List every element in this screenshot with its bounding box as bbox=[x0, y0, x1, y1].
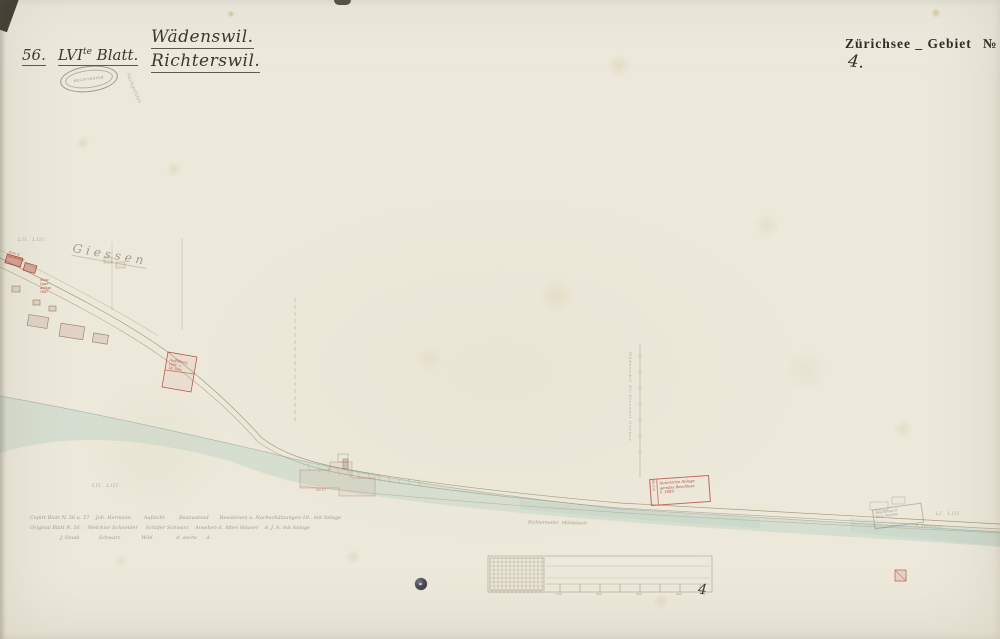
sheet-number: 56. bbox=[22, 46, 46, 66]
legend-line-2: Original Blatt N. 56 : Melchior Schneide… bbox=[30, 525, 310, 531]
series-title: Zürichsee _ Gebiet № 4. bbox=[845, 33, 1000, 72]
scale-bar bbox=[488, 556, 712, 593]
sheet-word: Blatt. bbox=[92, 46, 138, 64]
numero-sign: № bbox=[983, 36, 997, 51]
round-seal-icon bbox=[415, 578, 427, 590]
red-box-note: Autorisirte Anlage gemäss Beschluss v. 1… bbox=[657, 477, 696, 505]
sheet-ref-top-left: LII. LIII. bbox=[18, 238, 47, 243]
scale-tick-300: 300 bbox=[636, 592, 642, 596]
left-edge-shadow bbox=[0, 0, 6, 639]
sheet-roman: LVI bbox=[58, 46, 83, 64]
red-note-b-line4: 1887 bbox=[40, 291, 51, 295]
series-title-text: Zürichsee _ Gebiet bbox=[845, 36, 972, 51]
scale-tick-100: 100 bbox=[556, 592, 562, 596]
red-authorization-box: No 214 Autorisirte Anlage gemäss Beschlu… bbox=[649, 475, 711, 506]
red-note-b: Neue Quai- Anlage 1887 bbox=[40, 279, 51, 294]
scale-tick-400: 400 bbox=[676, 592, 682, 596]
scale-tick-200: 200 bbox=[596, 592, 602, 596]
archive-stamp-text: Registratur bbox=[64, 67, 114, 91]
municipality-richterswil: Richterswil. bbox=[151, 51, 260, 73]
sheet-ref-bottom-left: LII. LIII. bbox=[92, 484, 121, 489]
legend-line-3: J. Staub Schwarz Wild d. sechs d. bbox=[60, 535, 211, 541]
seal-highlight bbox=[419, 583, 422, 585]
municipality-waedenswil: Wädenswil. bbox=[151, 27, 254, 49]
map-linework bbox=[0, 0, 1000, 639]
handwritten-page-number: 4 bbox=[697, 582, 707, 599]
sheet-suffix: te bbox=[83, 47, 92, 57]
boundary-label: Wädenswil Richterswil Grenze bbox=[628, 352, 633, 467]
red-small-note: No 12 bbox=[316, 488, 326, 492]
sheet-title: LVIte Blatt. bbox=[58, 46, 138, 66]
series-number: 4. bbox=[847, 51, 865, 73]
legend-line-1: Copirt Blatt N. 56 u. 57 Joh. Hermann Au… bbox=[30, 515, 341, 521]
buildings bbox=[12, 257, 905, 510]
stream-label: Richterswiler Mühlebach bbox=[528, 520, 587, 526]
sheet-ref-bottom-right: LI. LIII. bbox=[936, 512, 962, 517]
red-survey-structures bbox=[5, 254, 906, 581]
map-sheet: 56. LVIte Blatt. Wädenswil. Richterswil.… bbox=[0, 0, 1000, 639]
red-parcel-note: Auffüllung conc. v. 18. Juni bbox=[168, 358, 188, 373]
dark-notch-top-edge bbox=[334, 0, 351, 5]
shore-and-roads bbox=[0, 250, 1000, 533]
